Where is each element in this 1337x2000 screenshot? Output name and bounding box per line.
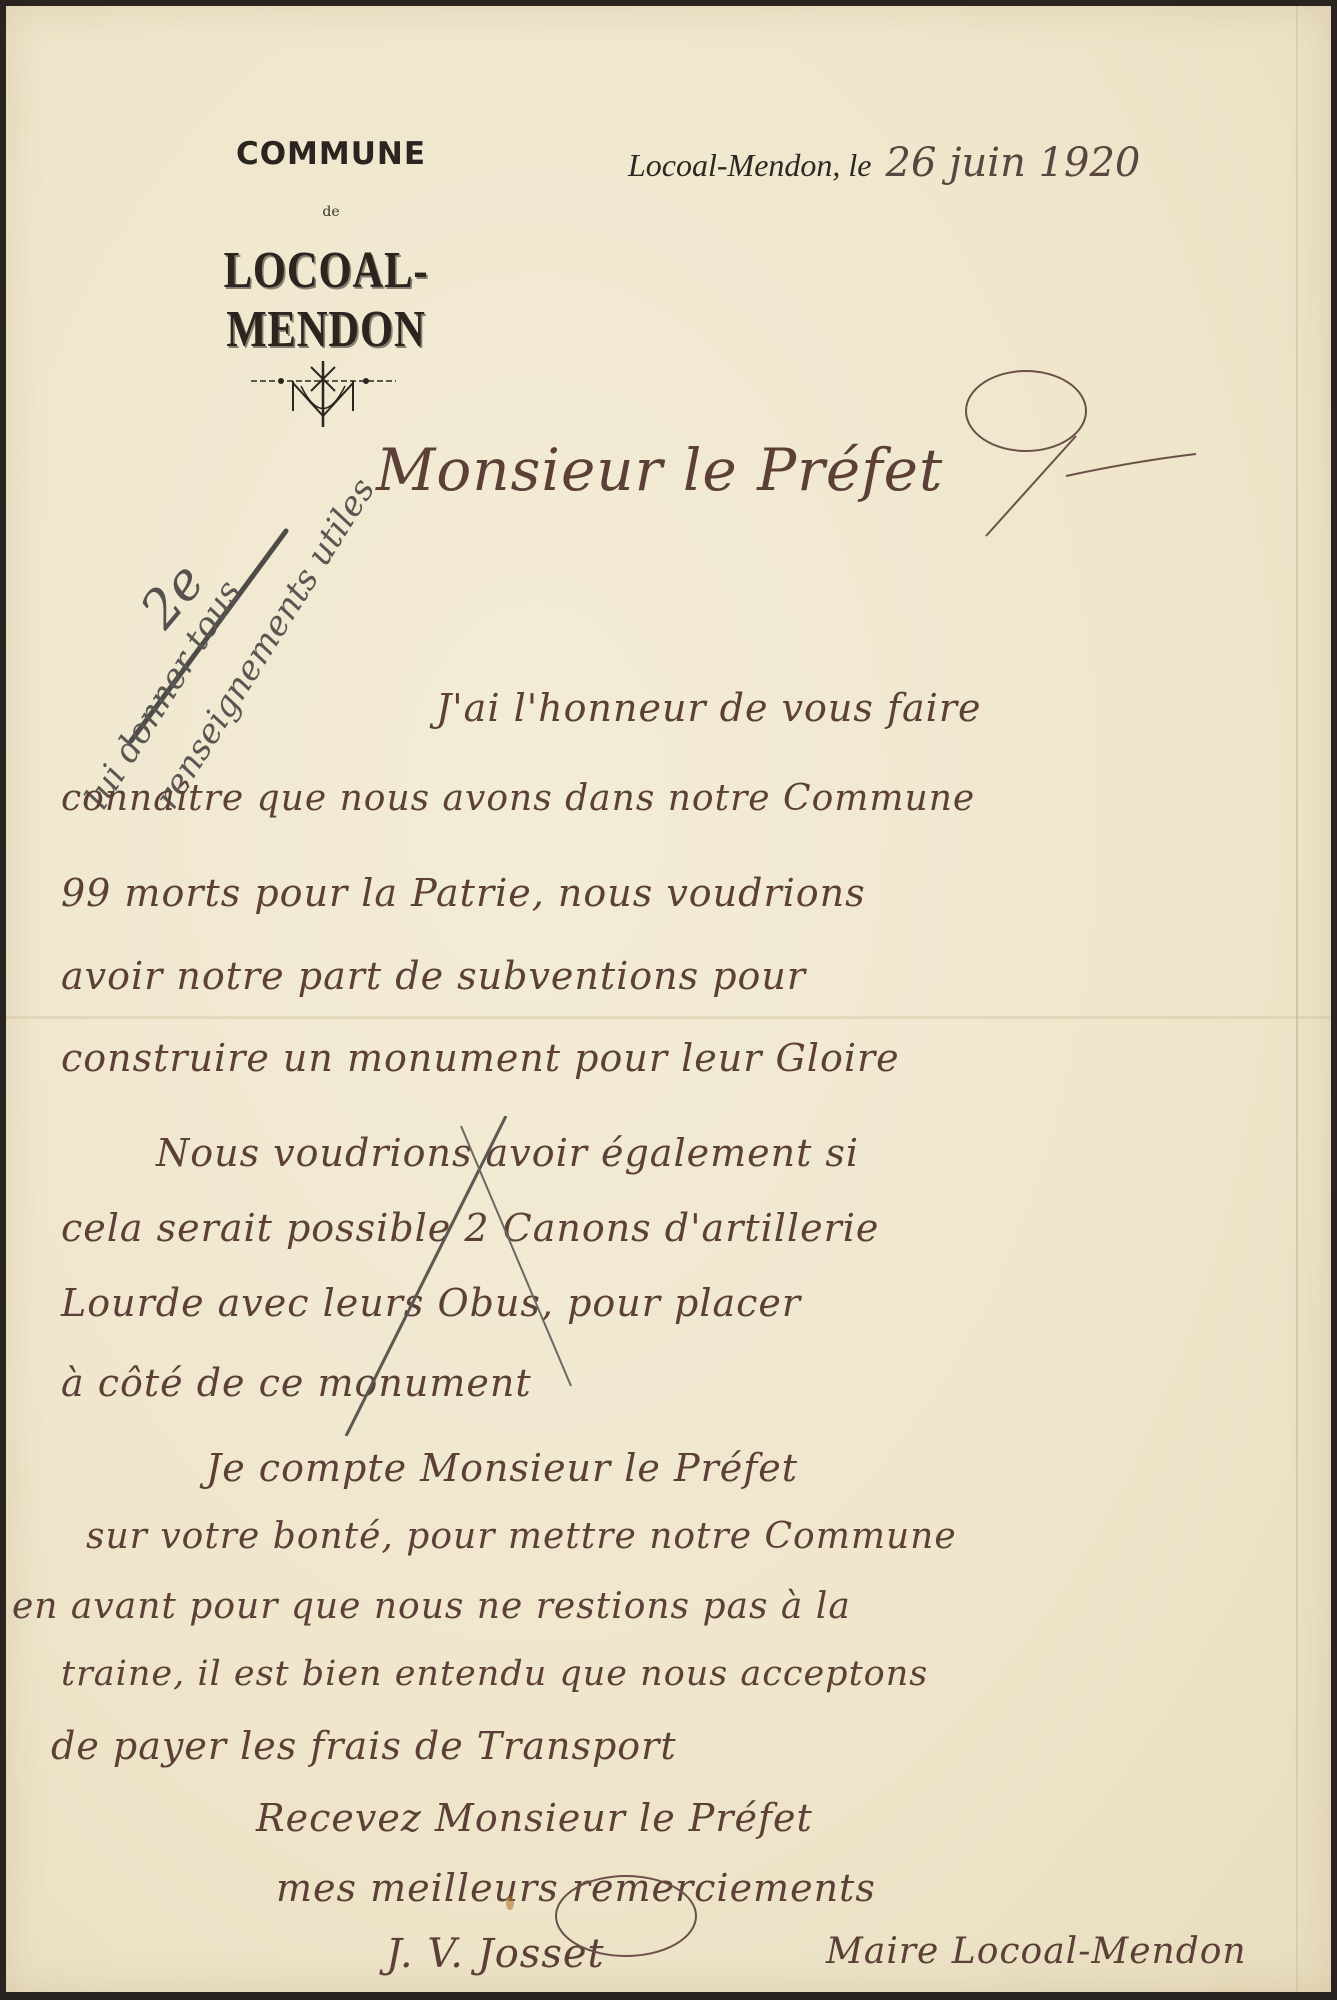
- body-line: en avant pour que nous ne restions pas à…: [12, 1586, 851, 1627]
- handwritten-date: 26 juin 1920: [886, 140, 1141, 186]
- body-line: traine, il est bien entendu que nous acc…: [61, 1654, 928, 1694]
- letterhead-de: de: [196, 204, 466, 220]
- body-line: Je compte Monsieur le Préfet: [206, 1446, 798, 1490]
- closing-line: Recevez Monsieur le Préfet: [256, 1796, 813, 1840]
- paper-fold-horizontal: [6, 1016, 1331, 1019]
- body-line: cela serait possible 2 Canons d'artiller…: [61, 1206, 879, 1250]
- body-line: connaître que nous avons dans notre Comm…: [61, 778, 975, 819]
- paper-stain: [506, 1896, 514, 1910]
- body-line: Nous voudrions avoir également si: [156, 1131, 859, 1175]
- body-line: 99 morts pour la Patrie, nous voudrions: [61, 871, 866, 915]
- letterhead-commune: COMMUNE: [196, 136, 466, 172]
- dateline-prefix: Locoal-Mendon, le: [628, 147, 872, 183]
- dateline: Locoal-Mendon, le26 juin 1920: [628, 140, 1140, 186]
- body-line: de payer les frais de Transport: [51, 1724, 677, 1768]
- paper-fold-vertical: [1296, 6, 1298, 1992]
- body-line: J'ai l'honneur de vous faire: [436, 686, 982, 730]
- signature: J. V. Josset: [386, 1931, 605, 1977]
- signature-title: Maire Locoal-Mendon: [826, 1931, 1247, 1972]
- body-line: avoir notre part de subventions pour: [61, 954, 806, 998]
- body-line: construire un monument pour leur Gloire: [61, 1036, 900, 1080]
- salutation: Monsieur le Préfet: [376, 436, 943, 504]
- letter-page: COMMUNE de LOCOAL-MENDON Locoal-Mendon, …: [6, 6, 1331, 1992]
- body-line: Lourde avec leurs Obus, pour placer: [61, 1281, 801, 1325]
- body-line: sur votre bonté, pour mettre notre Commu…: [86, 1516, 957, 1557]
- closing-line: mes meilleurs remerciements: [276, 1866, 876, 1910]
- letterhead-town-name: LOCOAL-MENDON: [146, 241, 507, 359]
- margin-annotation: 2e lui donner tous renseignements utiles: [51, 526, 381, 786]
- monogram-ornament-icon: [251, 361, 396, 431]
- body-line: à côté de ce monument: [61, 1361, 532, 1405]
